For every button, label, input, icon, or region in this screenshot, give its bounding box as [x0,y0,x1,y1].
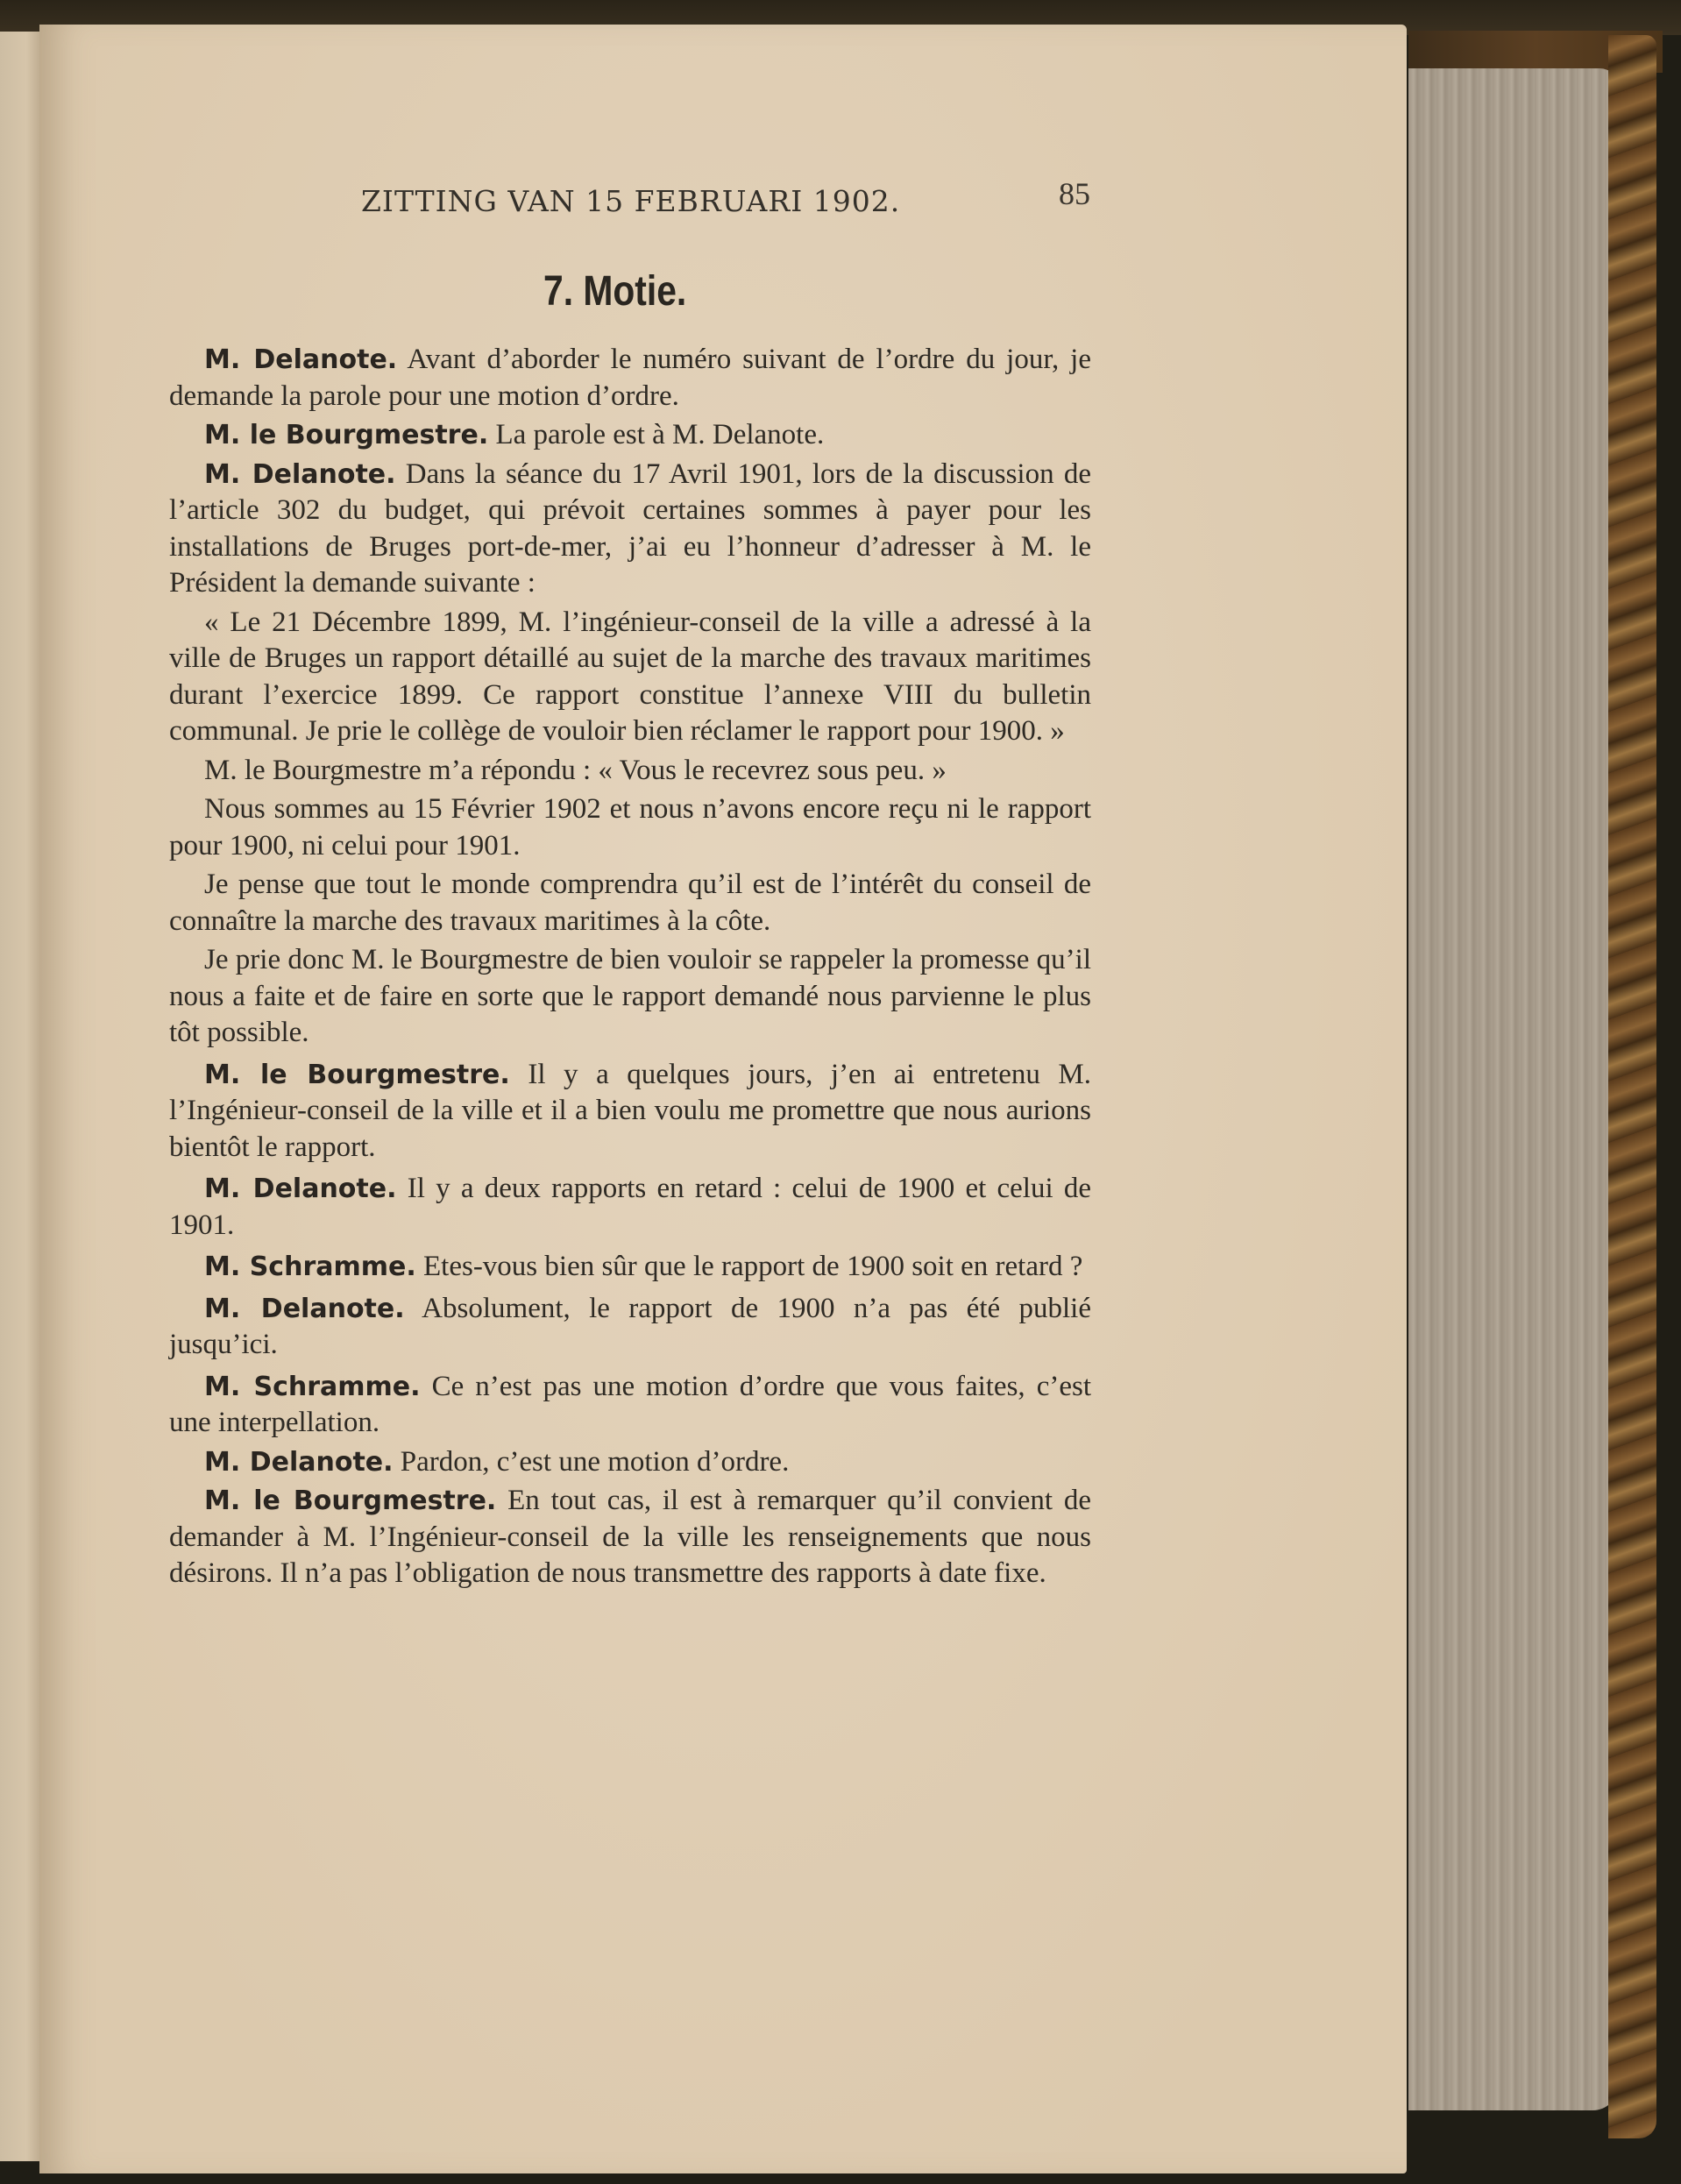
speaker-name: M. Schramme. [204,1372,421,1402]
speaker-name: M. le Bourgmestre. [204,1060,510,1090]
paragraph: Je prie donc M. le Bourgmestre de bien v… [169,942,1091,1052]
paragraph: M. le Bourgmestre. La parole est à M. De… [169,417,1091,454]
section-title: 7. Motie. [543,267,686,316]
speaker-name: M. Delanote. [204,1174,397,1204]
paragraph: M. Delanote. Dans la séance du 17 Avril … [169,457,1091,602]
page-number: 85 [1059,175,1090,212]
speaker-name: M. Delanote. [204,1447,394,1478]
speaker-name: M. Delanote. [204,1294,405,1324]
paragraph: M. Schramme. Etes-vous bien sûr que le r… [169,1249,1091,1286]
page-body: M. Delanote. Avant d’aborder le numéro s… [169,342,1091,1595]
paragraph-text: Je prie donc M. le Bourgmestre de bien v… [169,944,1091,1048]
paragraph: Je pense que tout le monde comprendra qu… [169,867,1091,940]
paragraph-text: Etes-vous bien sûr que le rapport de 190… [416,1251,1083,1282]
leather-cover-edge [1608,35,1656,2138]
paragraph: Nous sommes au 15 Février 1902 et nous n… [169,791,1091,864]
paragraph: M. le Bourgmestre. En tout cas, il est à… [169,1483,1091,1592]
speaker-name: M. le Bourgmestre. [204,1486,496,1516]
speaker-name: M. Delanote. [204,344,397,375]
paragraph-text: Pardon, c’est une motion d’ordre. [394,1446,790,1478]
paragraph: M. Schramme. Ce n’est pas une motion d’o… [169,1369,1091,1442]
running-header: ZITTING VAN 15 FEBRUARI 1902. [361,184,900,218]
paragraph: « Le 21 Décembre 1899, M. l’ingénieur-co… [169,605,1091,750]
paragraph: M. Delanote. Absolument, le rapport de 1… [169,1291,1091,1364]
paragraph: M. le Bourgmestre. Il y a quelques jours… [169,1057,1091,1166]
paragraph: M. Delanote. Avant d’aborder le numéro s… [169,342,1091,415]
paragraph-text: La parole est à M. Delanote. [488,419,824,450]
speaker-name: M. Delanote. [204,459,396,490]
speaker-name: M. le Bourgmestre. [204,420,488,450]
paragraph-text: M. le Bourgmestre m’a répondu : « Vous l… [204,755,947,786]
paragraph-text: Je pense que tout le monde comprendra qu… [169,869,1091,937]
paragraph: M. le Bourgmestre m’a répondu : « Vous l… [169,753,1091,790]
paragraph-text: Nous sommes au 15 Février 1902 et nous n… [169,793,1091,862]
speaker-name: M. Schramme. [204,1252,416,1282]
paragraph: M. Delanote. Pardon, c’est une motion d’… [169,1444,1091,1481]
paragraph-text: « Le 21 Décembre 1899, M. l’ingénieur-co… [169,606,1091,748]
paragraph: M. Delanote. Il y a deux rapports en ret… [169,1171,1091,1244]
page-stack-edge [1408,68,1619,2110]
